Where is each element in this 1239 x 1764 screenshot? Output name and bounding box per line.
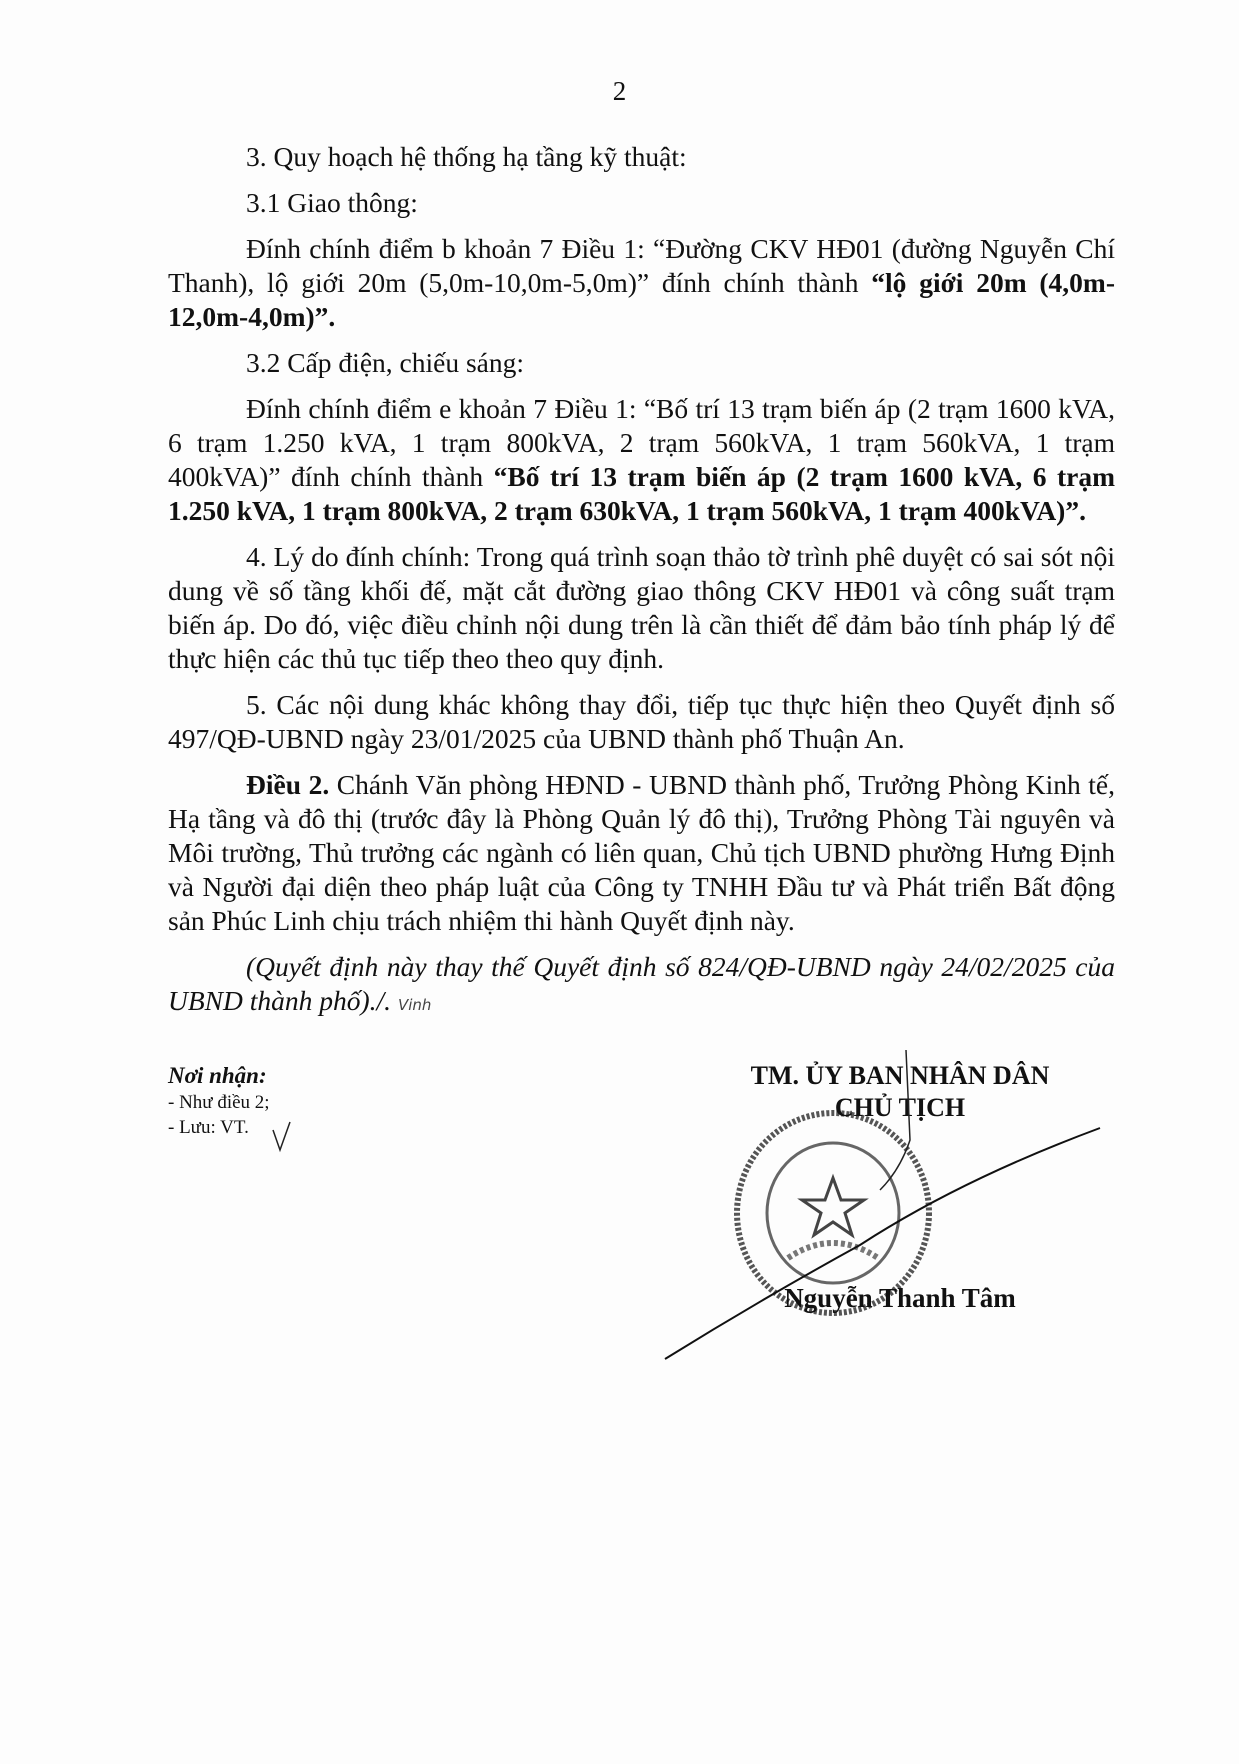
signer-position: CHỦ TỊCH — [700, 1092, 1100, 1124]
recipients-block: Nơi nhận: - Như điều 2; - Lưu: VT. — [168, 1063, 270, 1140]
replacement-note-text: (Quyết định này thay thế Quyết định số 8… — [168, 951, 1115, 1016]
recipients-title: Nơi nhận: — [168, 1063, 270, 1088]
handwritten-initial: Vinh — [398, 996, 431, 1014]
signature-block: TM. ỦY BAN NHÂN DÂN CHỦ TỊCH — [700, 1060, 1100, 1124]
document-body: 3. Quy hoạch hệ thống hạ tầng kỹ thuật: … — [168, 140, 1115, 1034]
section-4-paragraph: 4. Lý do đính chính: Trong quá trình soạ… — [168, 540, 1115, 676]
section-3-2-heading: 3.2 Cấp điện, chiếu sáng: — [168, 346, 1115, 380]
recipient-item: - Lưu: VT. — [168, 1115, 270, 1140]
recipient-item: - Như điều 2; — [168, 1090, 270, 1115]
signer-name: Nguyễn Thanh Tâm — [750, 1283, 1050, 1314]
on-behalf-label: TM. ỦY BAN NHÂN DÂN — [700, 1060, 1100, 1092]
document-page: 2 3. Quy hoạch hệ thống hạ tầng kỹ thuật… — [0, 0, 1239, 1764]
article-2-paragraph: Điều 2. Chánh Văn phòng HĐND - UBND thàn… — [168, 768, 1115, 938]
section-3-2-paragraph: Đính chính điểm e khoản 7 Điều 1: “Bố tr… — [168, 392, 1115, 528]
page-number: 2 — [0, 76, 1239, 107]
section-3-1-heading: 3.1 Giao thông: — [168, 186, 1115, 220]
replacement-note: (Quyết định này thay thế Quyết định số 8… — [168, 950, 1115, 1022]
section-3-heading: 3. Quy hoạch hệ thống hạ tầng kỹ thuật: — [168, 140, 1115, 174]
article-2-label: Điều 2. — [246, 769, 329, 800]
section-3-1-paragraph: Đính chính điểm b khoản 7 Điều 1: “Đường… — [168, 232, 1115, 334]
section-5-paragraph: 5. Các nội dung khác không thay đổi, tiế… — [168, 688, 1115, 756]
